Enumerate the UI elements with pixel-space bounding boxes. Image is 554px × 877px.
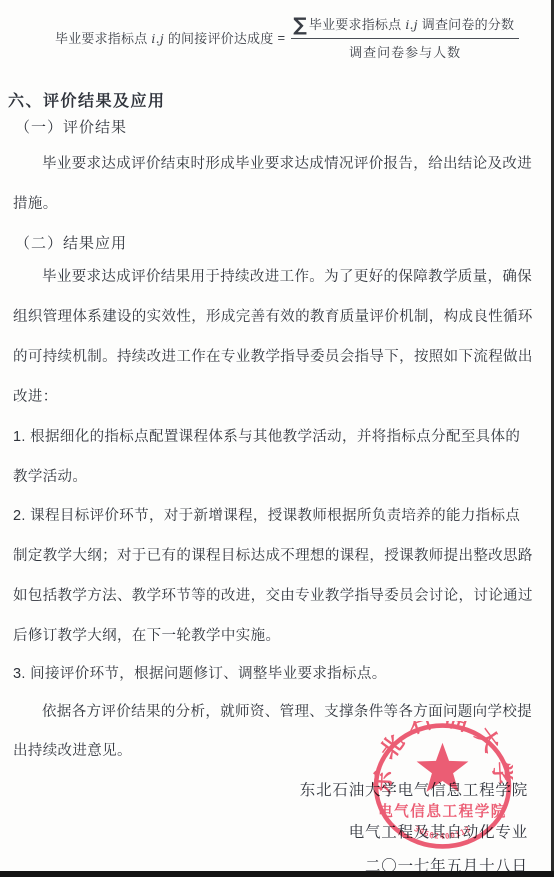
- paragraph-line: 措施。: [13, 194, 58, 214]
- paragraph-line: 改进：: [13, 387, 58, 407]
- achievement-formula: 毕业要求指标点i.j的间接评价达成度 = ∑毕业要求指标点i.j调查问卷的分数 …: [55, 14, 519, 61]
- paragraph-line: 毕业要求达成评价结果用于持续改进工作。为了更好的保障教学质量，确保: [13, 267, 532, 287]
- numerator-text: 毕业要求指标点: [309, 17, 401, 32]
- formula-lhs-text2: 的间接评价达成度: [168, 31, 274, 46]
- paragraph-line: 组织管理体系建设的实效性，形成完善有效的教育质量评价机制，构成良性循环: [13, 307, 533, 327]
- list-item-2-line: 制定教学大纲；对于已有的课程目标达成不理想的课程，授课教师提出整改思路: [13, 546, 533, 566]
- equals-sign: =: [277, 30, 285, 45]
- paragraph-line: 毕业要求达成评价结束时形成毕业要求达成情况评价报告，给出结论及改进: [13, 154, 532, 174]
- fraction-denominator: 调查问卷参与人数: [291, 39, 519, 61]
- list-item-1-line: 1. 根据细化的指标点配置课程体系与其他教学活动，并将指标点分配至具体的: [13, 427, 520, 447]
- formula-variable: i.j: [151, 31, 163, 46]
- numerator-variable: i.j: [405, 17, 417, 32]
- list-item-3-line: 3. 间接评价环节，根据问题修订、调整毕业要求指标点。: [13, 664, 387, 684]
- list-item-1-line: 教学活动。: [13, 467, 87, 487]
- document-page: 毕业要求指标点i.j的间接评价达成度 = ∑毕业要求指标点i.j调查问卷的分数 …: [0, 0, 554, 877]
- paragraph-line: 出持续改进意见。: [13, 741, 132, 761]
- seal-code: 30602400113: [412, 824, 472, 841]
- list-item-2-line: 如包括教学方法、教学环节等的改进，交由专业教学指导委员会讨论，讨论通过: [13, 586, 533, 606]
- university-seal: 东北石油大学 电气信息工程学院 30602400113: [372, 721, 513, 851]
- paragraph-line: 的可持续机制。持续改进工作在专业教学指导委员会指导下，按照如下流程做出: [13, 347, 533, 367]
- seal-star-icon: [417, 743, 469, 792]
- sigma-symbol: ∑: [293, 14, 307, 36]
- numerator-text2: 调查问卷的分数: [422, 17, 514, 32]
- subsection-heading-1: （一）评价结果: [15, 116, 127, 137]
- fraction-numerator: ∑毕业要求指标点i.j调查问卷的分数: [291, 14, 519, 39]
- scan-edge-bottom: [0, 871, 554, 877]
- subsection-heading-2: （二）结果应用: [15, 232, 127, 253]
- list-item-2-line: 2. 课程目标评价环节，对于新增课程，授课教师根据所负责培养的能力指标点: [13, 506, 520, 526]
- section-heading: 六、评价结果及应用: [8, 88, 166, 111]
- formula-lhs-text: 毕业要求指标点: [55, 31, 147, 46]
- list-item-2-line: 后修订教学大纲，在下一轮教学中实施。: [13, 626, 280, 646]
- formula-fraction: ∑毕业要求指标点i.j调查问卷的分数 调查问卷参与人数: [291, 14, 519, 61]
- formula-lhs: 毕业要求指标点i.j的间接评价达成度: [55, 28, 273, 47]
- seal-inner-text: 电气信息工程学院: [378, 802, 507, 820]
- paragraph-line: 依据各方评价结果的分析，就师资、管理、支撑条件等各方面问题向学校提: [13, 702, 532, 722]
